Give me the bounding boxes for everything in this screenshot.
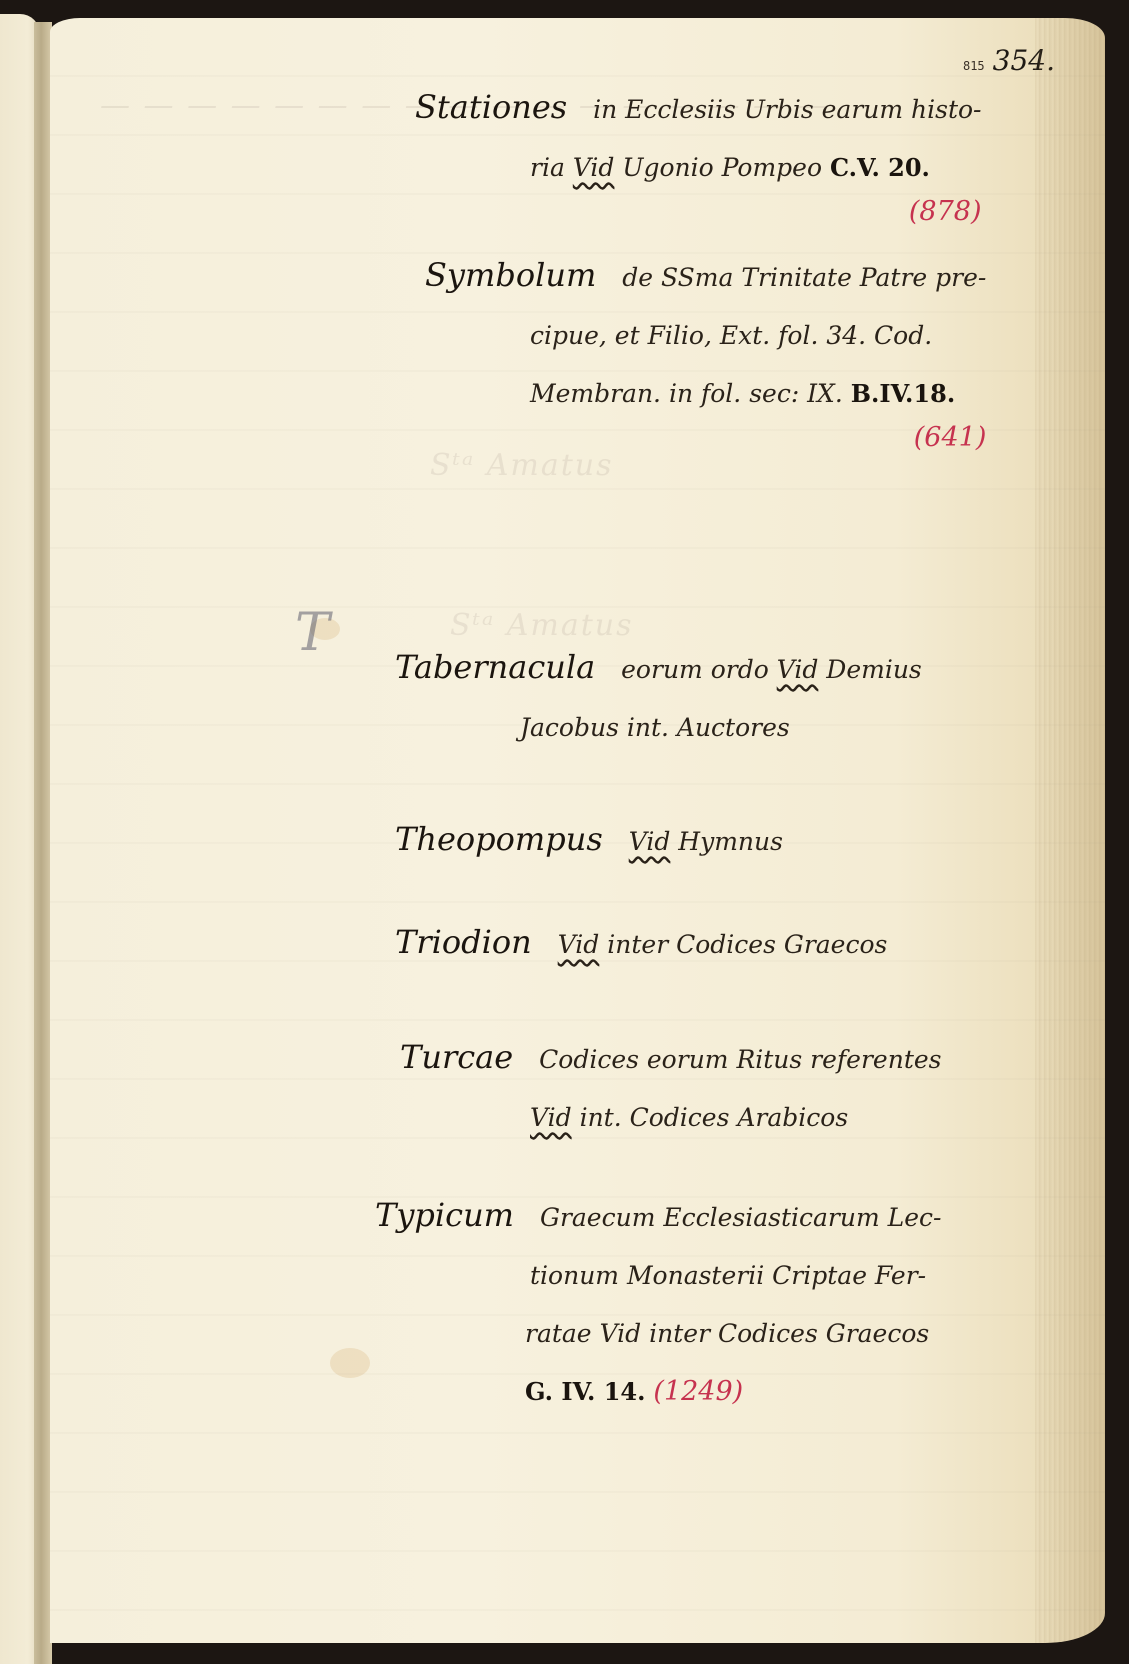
folio-number: 815 354. (963, 44, 1055, 77)
entry-reference: int. Codices Arabicos (580, 1103, 849, 1132)
shelfmark: B.IV.18. (851, 379, 955, 408)
entry-text: Codices eorum Ritus referentes (539, 1045, 941, 1074)
index-entry-theopompus: Theopompus Vid Hymnus (395, 810, 783, 871)
entry-reference: Demius (826, 655, 921, 684)
folio-page-number: 354. (993, 44, 1055, 77)
shelfmark: C.V. 20. (830, 153, 930, 182)
index-entry-tabernacula: Tabernacula eorum ordo Vid Demius Jacobu… (395, 638, 922, 757)
index-entry-symbolum: Symbolum de SSma Trinitate Patre pre- ci… (425, 246, 986, 453)
entry-reference: inter Codices Graecos (649, 1319, 929, 1348)
index-entry-stationes: Stationes in Ecclesiis Urbis earum histo… (415, 78, 982, 227)
folio-stamp: 815 (963, 59, 985, 73)
entry-headword: Theopompus (395, 820, 603, 858)
entry-text: Graecum Ecclesiasticarum Lec- (540, 1203, 941, 1232)
vid-reference: Vid (573, 153, 615, 182)
entry-text: Jacobus int. Auctores (520, 713, 790, 742)
entry-text: in Ecclesiis Urbis earum histo- (593, 95, 981, 124)
entry-text: eorum ordo (621, 655, 769, 684)
entry-headword: Symbolum (425, 256, 596, 294)
red-catalogue-number: (878) (415, 197, 982, 227)
index-entry-triodion: Triodion Vid inter Codices Graecos (395, 913, 887, 974)
entry-text: Membran. in fol. sec: IX. (530, 379, 843, 408)
entry-headword: Stationes (415, 88, 567, 126)
section-letter-marker: T (295, 603, 330, 663)
vid-reference: Vid (530, 1103, 572, 1132)
entry-headword: Typicum (375, 1196, 514, 1234)
manuscript-page: — — — — — — — — — — — — — — — — — Sᵗᵃ Am… (50, 18, 1105, 1643)
entry-headword: Turcae (400, 1038, 513, 1076)
entry-text: cipue, et Filio, Ext. fol. 34. Cod. (530, 321, 932, 350)
entry-text: ratae (525, 1319, 592, 1348)
red-catalogue-number: (1249) (653, 1376, 743, 1407)
vid-reference: Vid (777, 655, 819, 684)
entry-reference: Hymnus (678, 827, 783, 856)
entry-headword: Tabernacula (395, 648, 595, 686)
index-entry-turcae: Turcae Codices eorum Ritus referentes Vi… (400, 1028, 942, 1147)
vid-reference: Vid (629, 827, 671, 856)
red-catalogue-number: (641) (425, 423, 986, 453)
entry-text: ria (530, 153, 565, 182)
vid-reference: Vid (600, 1319, 642, 1348)
entry-reference: Ugonio Pompeo (622, 153, 822, 182)
paper-stain (330, 1348, 370, 1378)
entry-text: tionum Monasterii Criptae Fer- (530, 1261, 926, 1290)
bleed-through: Sᵗᵃ Amatus (430, 448, 614, 483)
entry-headword: Triodion (395, 923, 532, 961)
index-entry-typicum: Typicum Graecum Ecclesiasticarum Lec- ti… (375, 1186, 941, 1421)
vid-reference: Vid (558, 930, 600, 959)
shelfmark: G. IV. 14. (525, 1377, 645, 1406)
entry-reference: inter Codices Graecos (607, 930, 887, 959)
entry-text: de SSma Trinitate Patre pre- (622, 263, 986, 292)
